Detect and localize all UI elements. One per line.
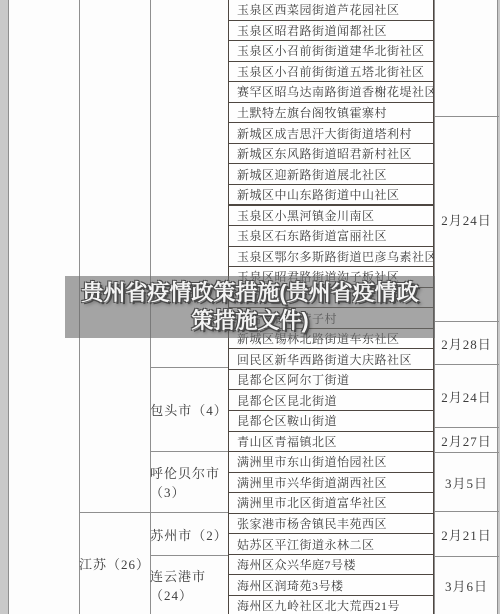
community-cell: 昆都仑区昆北街道 <box>228 389 434 411</box>
community-name: 新城区迎新路街道展北社区 <box>237 166 387 183</box>
community-cell: 玉泉区昭君路街道闻都社区 <box>228 20 434 42</box>
city-cell-label: 连云港市（24） <box>150 566 228 604</box>
community-cell: 青山区青福镇北区 <box>228 431 434 453</box>
community-cell: 昆都仑区阿尔丁街道 <box>228 369 434 391</box>
community-cell: 玉泉区石东路街道富丽社区 <box>228 225 434 247</box>
community-name: 满洲里市东山街道怡园社区 <box>237 453 387 470</box>
community-name: 回民区新华西路街道大庆路社区 <box>237 351 412 368</box>
community-name: 玉泉区鄂尔多斯路街道巴彦乌素社区 <box>237 248 434 265</box>
community-name: 海州区九岭社区北大荒西21号 <box>237 597 400 614</box>
community-name: 张家港市杨舍镇民丰苑西区 <box>237 515 387 532</box>
community-name: 玉泉区石东路街道富丽社区 <box>237 227 387 244</box>
date-cell-label: 2月21日 <box>441 525 492 544</box>
community-cell: 海州区众兴华庭7号楼 <box>228 554 434 576</box>
community-name: 赛罕区昭乌达南路街道香榭花堤社区 <box>237 83 434 100</box>
date-cell: 3月5日 <box>434 453 499 512</box>
community-cell: 姑苏区平江街道永林二区 <box>228 533 434 555</box>
community-name: 昆都仑区阿尔丁街道 <box>237 371 350 388</box>
community-cell: 新城区迎新路街道展北社区 <box>228 163 434 185</box>
community-name: 新城区东风路街道昭君新村社区 <box>237 145 412 162</box>
community-cell: 昆都仑区鞍山街道 <box>228 410 434 432</box>
community-name: 玉泉区小黑河镇金川南区 <box>237 207 375 224</box>
province-cell-label: 江苏（26） <box>79 554 150 573</box>
community-name: 玉泉区小召前街街道建华北街社区 <box>237 42 425 59</box>
community-cell: 玉泉区小召前街街道建华北街社区 <box>228 40 434 62</box>
community-cell: 玉泉区小黑河镇金川南区 <box>228 205 434 227</box>
document-page: 江苏（26） 包头市（4）呼伦贝尔市（3）苏州市（2）连云港市（24） 玉泉区西… <box>0 0 500 614</box>
city-cell: 苏州市（2） <box>150 513 228 556</box>
community-name: 新城区成吉思汗大街街道塔利村 <box>237 125 412 142</box>
community-name: 姑苏区平江街道永林二区 <box>237 536 375 553</box>
date-cell-label: 2月24日 <box>441 210 492 229</box>
date-cell: 2月24日 <box>434 117 499 322</box>
date-cell: 2月24日 <box>434 365 499 428</box>
community-name: 青山区青福镇北区 <box>237 433 337 450</box>
date-cell: 3月6日 <box>434 557 499 614</box>
page-title: 贵州省疫情政策措施(贵州省疫情政策措施文件) <box>71 279 429 335</box>
community-cell: 赛罕区昭乌达南路街道香榭花堤社区 <box>228 81 434 103</box>
city-cell: 呼伦贝尔市（3） <box>150 452 228 513</box>
community-cell: 玉泉区西菜园街道芦花园社区 <box>228 0 434 21</box>
community-name: 土默特左旗台阁牧镇霍寨村 <box>237 104 387 121</box>
community-name: 满洲里市北区街道富华社区 <box>237 494 387 511</box>
date-cell: 2月27日 <box>434 428 499 453</box>
date-cell: 2月21日 <box>434 512 499 557</box>
community-cell: 新城区中山东路街道中山社区 <box>228 184 434 206</box>
community-name: 新城区中山东路街道中山社区 <box>237 186 400 203</box>
community-cell: 玉泉区小召前街街道五塔北街社区 <box>228 61 434 83</box>
community-name: 昆都仑区鞍山街道 <box>237 412 337 429</box>
date-cell-label: 2月24日 <box>441 387 492 406</box>
date-cell <box>434 0 499 117</box>
date-cell-label: 3月6日 <box>445 576 488 595</box>
community-name: 玉泉区小召前街街道五塔北街社区 <box>237 63 425 80</box>
community-cell: 海州区润琦苑3号楼 <box>228 574 434 596</box>
community-cell: 满洲里市东山街道怡园社区 <box>228 451 434 473</box>
province-cell: 江苏（26） <box>79 513 150 614</box>
community-name: 昆都仑区昆北街道 <box>237 392 337 409</box>
community-name: 玉泉区昭君路街道闻都社区 <box>237 22 387 39</box>
community-name: 玉泉区西菜园街道芦花园社区 <box>237 1 400 18</box>
community-name: 海州区众兴华庭7号楼 <box>237 556 356 573</box>
community-cell: 海州区九岭社区北大荒西21号 <box>228 595 434 614</box>
city-cell: 包头市（4） <box>150 368 228 452</box>
community-cell: 满洲里市兴华街道湖西社区 <box>228 472 434 494</box>
date-cell-label: 2月28日 <box>441 334 492 353</box>
community-name: 海州区润琦苑3号楼 <box>237 577 344 594</box>
community-name: 满洲里市兴华街道湖西社区 <box>237 474 387 491</box>
province-cell <box>79 0 150 513</box>
date-cell-label: 3月5日 <box>445 473 488 492</box>
date-cell-label: 2月27日 <box>441 431 492 450</box>
city-cell-label: 苏州市（2） <box>150 525 228 544</box>
city-cell-label: 包头市（4） <box>150 400 228 419</box>
community-cell: 回民区新华西路街道大庆路社区 <box>228 348 434 370</box>
city-cell: 连云港市（24） <box>150 556 228 614</box>
community-cell: 新城区成吉思汗大街街道塔利村 <box>228 122 434 144</box>
community-cell: 新城区东风路街道昭君新村社区 <box>228 143 434 165</box>
community-cell: 张家港市杨舍镇民丰苑西区 <box>228 513 434 535</box>
title-overlay: 贵州省疫情政策措施(贵州省疫情政策措施文件) <box>65 276 435 338</box>
date-cell: 2月28日 <box>434 322 499 365</box>
community-cell: 玉泉区鄂尔多斯路街道巴彦乌素社区 <box>228 246 434 268</box>
community-cell: 满洲里市北区街道富华社区 <box>228 492 434 514</box>
community-cell: 土默特左旗台阁牧镇霍寨村 <box>228 102 434 124</box>
city-cell-label: 呼伦贝尔市（3） <box>150 463 228 501</box>
